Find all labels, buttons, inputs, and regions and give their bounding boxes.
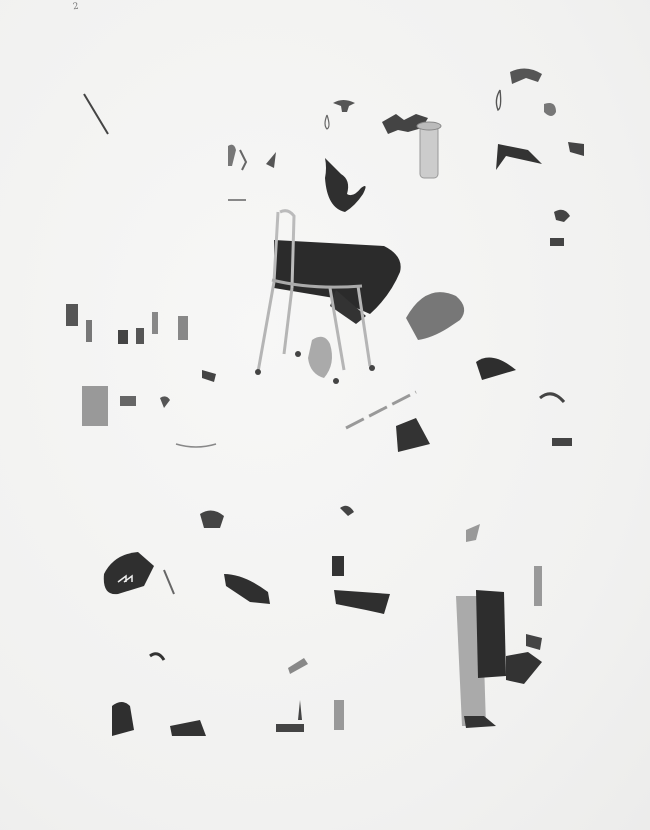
striped-object xyxy=(382,114,441,178)
stray-stroke xyxy=(84,94,108,134)
reclining-figure xyxy=(346,292,572,452)
seated-figure xyxy=(255,100,401,384)
standing-figure xyxy=(456,524,542,728)
pencil-drawing xyxy=(0,0,650,830)
kneeling-figure-chevrons xyxy=(104,510,270,604)
drawing-sheet: 2 xyxy=(0,0,650,830)
top-right-figure xyxy=(496,68,584,246)
lower-middle-objects xyxy=(276,658,344,732)
left-fragments xyxy=(66,304,216,447)
middle-kneeling-figure xyxy=(332,506,390,614)
upper-left-figure xyxy=(228,145,276,200)
lower-left-figure xyxy=(112,654,206,736)
